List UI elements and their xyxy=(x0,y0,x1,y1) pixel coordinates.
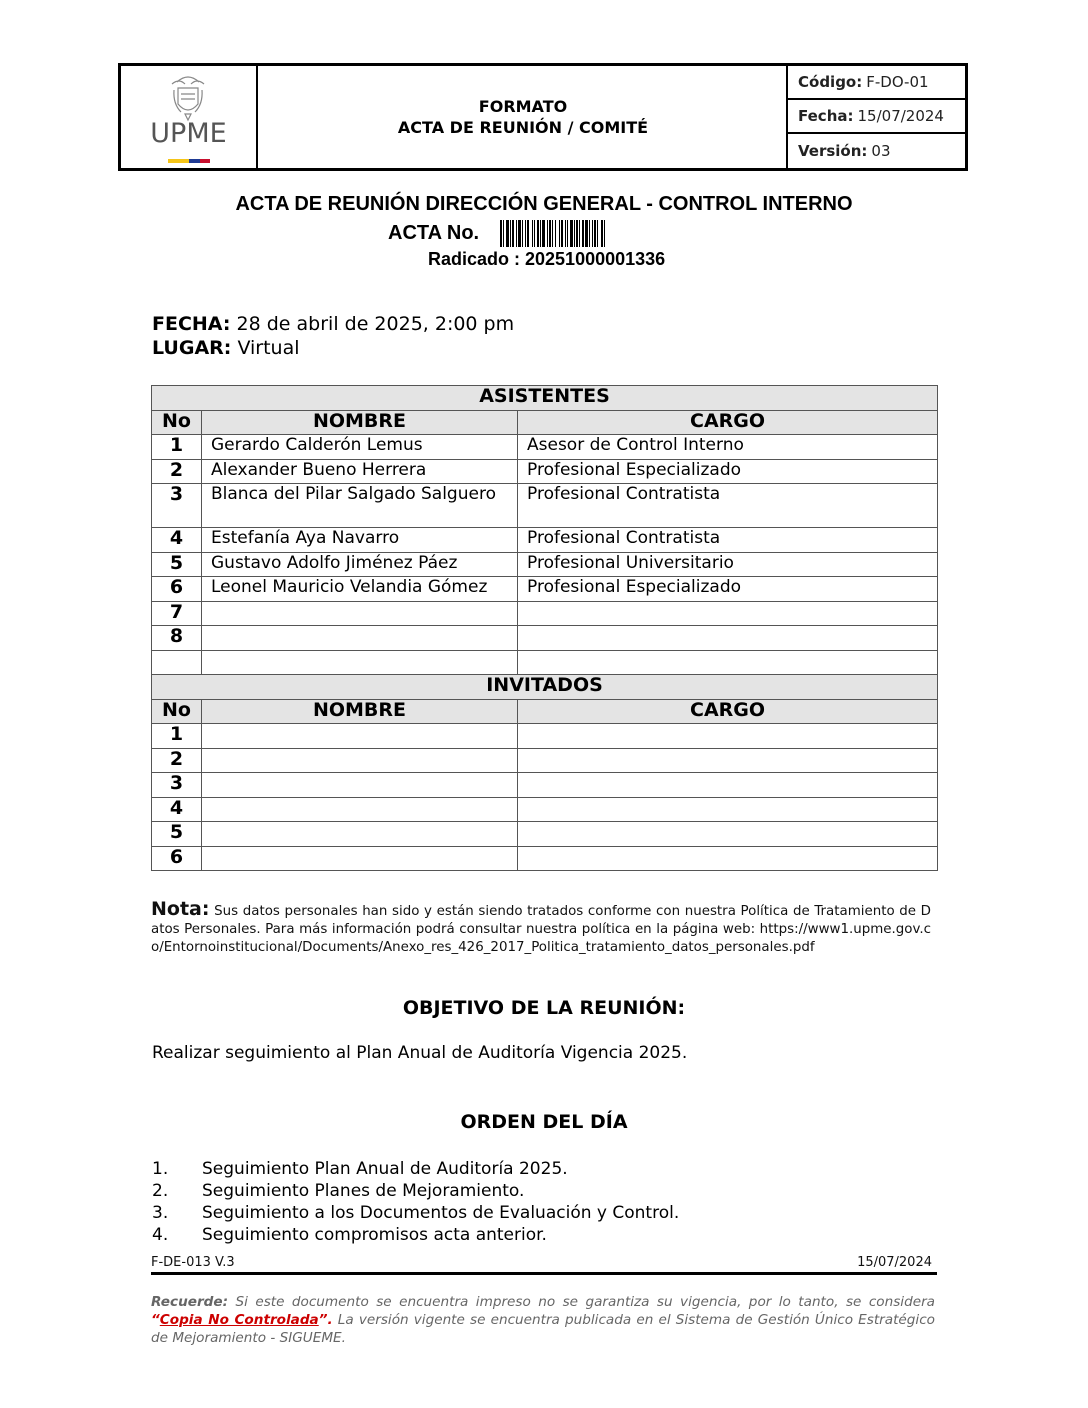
asistentes-nombre-cell xyxy=(202,626,518,651)
asistentes-cargo-cell xyxy=(518,650,938,675)
asistentes-row: 3Blanca del Pilar Salgado SalgueroProfes… xyxy=(152,484,938,528)
invitados-row: 4 xyxy=(152,797,938,822)
agenda-list: 1.Seguimiento Plan Anual de Auditoría 20… xyxy=(152,1158,679,1246)
acta-no-label: ACTA No. xyxy=(388,222,479,245)
col-nombre: NOMBRE xyxy=(202,410,518,435)
asistentes-cargo-cell: Profesional Contratista xyxy=(518,484,938,528)
flag-red xyxy=(200,159,210,163)
asistentes-nombre-cell: Blanca del Pilar Salgado Salguero xyxy=(202,484,518,528)
document-header: UPME FORMATO ACTA DE REUNIÓN / COMITÉ Có… xyxy=(118,63,968,171)
asistentes-nombre-cell: Leonel Mauricio Velandia Gómez xyxy=(202,577,518,602)
invitados-no-cell: 4 xyxy=(152,797,202,822)
asistentes-nombre-cell xyxy=(202,650,518,675)
codigo-value: F-DO-01 xyxy=(866,73,928,91)
col-nombre: NOMBRE xyxy=(202,699,518,724)
invitados-nombre-cell xyxy=(202,773,518,798)
invitados-nombre-cell xyxy=(202,797,518,822)
colombia-flag-icon xyxy=(168,159,210,163)
orden-heading: ORDEN DEL DÍA xyxy=(0,1111,1088,1133)
objetivo-heading: OBJETIVO DE LA REUNIÓN: xyxy=(0,997,1088,1019)
invitados-nombre-cell xyxy=(202,822,518,847)
asistentes-no-cell: 1 xyxy=(152,435,202,460)
asistentes-cargo-cell: Profesional Contratista xyxy=(518,528,938,553)
asistentes-cargo-cell: Profesional Especializado xyxy=(518,459,938,484)
lugar-line-value: Virtual xyxy=(237,337,299,359)
logo-text: UPME xyxy=(121,118,256,149)
asistentes-no-cell: 5 xyxy=(152,552,202,577)
lugar-line-label: LUGAR: xyxy=(152,337,231,359)
invitados-no-cell: 5 xyxy=(152,822,202,847)
radicado-number: Radicado : 20251000001336 xyxy=(428,249,665,270)
attendees-table: ASISTENTES No NOMBRE CARGO 1Gerardo Cald… xyxy=(151,385,938,871)
asistentes-row: 8 xyxy=(152,626,938,651)
asistentes-row: 6Leonel Mauricio Velandia GómezProfesion… xyxy=(152,577,938,602)
agenda-item-number: 2. xyxy=(152,1180,202,1202)
invitados-heading: INVITADOS xyxy=(152,675,938,700)
asistentes-cargo-cell: Asesor de Control Interno xyxy=(518,435,938,460)
invitados-row: 3 xyxy=(152,773,938,798)
nota-text: Sus datos personales han sido y están si… xyxy=(151,904,931,955)
agenda-item-text: Seguimiento Planes de Mejoramiento. xyxy=(202,1180,524,1202)
document-meta: Código: F-DO-01 Fecha: 15/07/2024 Versió… xyxy=(786,66,967,168)
codigo-row: Código: F-DO-01 xyxy=(788,66,967,100)
lugar-line: LUGAR: Virtual xyxy=(152,337,300,359)
copia-no-controlada-label: Copia No Controlada xyxy=(160,1312,319,1328)
asistentes-nombre-cell: Gustavo Adolfo Jiménez Páez xyxy=(202,552,518,577)
footer-date: 15/07/2024 xyxy=(857,1255,932,1270)
nota-label: Nota: xyxy=(151,898,209,920)
asistentes-no-cell xyxy=(152,650,202,675)
agenda-item-number: 3. xyxy=(152,1202,202,1224)
asistentes-nombre-cell: Estefanía Aya Navarro xyxy=(202,528,518,553)
asistentes-row xyxy=(152,650,938,675)
logo-cell: UPME xyxy=(121,66,258,168)
asistentes-cargo-cell xyxy=(518,626,938,651)
flag-blue xyxy=(189,159,200,163)
agenda-item-number: 1. xyxy=(152,1158,202,1180)
agenda-item-text: Seguimiento a los Documentos de Evaluaci… xyxy=(202,1202,679,1224)
col-no: No xyxy=(152,699,202,724)
col-cargo: CARGO xyxy=(518,699,938,724)
agenda-item-number: 4. xyxy=(152,1224,202,1246)
asistentes-no-cell: 6 xyxy=(152,577,202,602)
asistentes-no-cell: 7 xyxy=(152,601,202,626)
col-cargo: CARGO xyxy=(518,410,938,435)
invitados-cargo-cell xyxy=(518,846,938,871)
asistentes-cargo-cell: Profesional Especializado xyxy=(518,577,938,602)
recuerde-text-1: Si este documento se encuentra impreso n… xyxy=(236,1294,936,1310)
asistentes-nombre-cell: Gerardo Calderón Lemus xyxy=(202,435,518,460)
agenda-item-text: Seguimiento compromisos acta anterior. xyxy=(202,1224,547,1246)
asistentes-row: 1Gerardo Calderón LemusAsesor de Control… xyxy=(152,435,938,460)
fecha-label: Fecha: xyxy=(798,107,854,125)
asistentes-row: 2Alexander Bueno HerreraProfesional Espe… xyxy=(152,459,938,484)
version-label: Versión: xyxy=(798,142,867,160)
footer-divider xyxy=(151,1272,937,1275)
asistentes-nombre-cell xyxy=(202,601,518,626)
document-title: ACTA DE REUNIÓN DIRECCIÓN GENERAL - CONT… xyxy=(0,193,1088,216)
invitados-row: 1 xyxy=(152,724,938,749)
asistentes-nombre-cell: Alexander Bueno Herrera xyxy=(202,459,518,484)
fecha-row: Fecha: 15/07/2024 xyxy=(788,100,967,134)
asistentes-row: 5Gustavo Adolfo Jiménez PáezProfesional … xyxy=(152,552,938,577)
footer-disclaimer: Recuerde: Si este documento se encuentra… xyxy=(151,1293,935,1347)
version-row: Versión: 03 xyxy=(788,134,967,168)
invitados-nombre-cell xyxy=(202,748,518,773)
asistentes-column-headers: No NOMBRE CARGO xyxy=(152,410,938,435)
footer-code: F-DE-013 V.3 xyxy=(151,1255,235,1270)
format-label: FORMATO xyxy=(479,96,567,117)
asistentes-cargo-cell xyxy=(518,601,938,626)
fecha-line-label: FECHA: xyxy=(152,313,230,335)
asistentes-no-cell: 2 xyxy=(152,459,202,484)
format-title-cell: FORMATO ACTA DE REUNIÓN / COMITÉ xyxy=(258,66,788,168)
asistentes-row: 7 xyxy=(152,601,938,626)
invitados-no-cell: 6 xyxy=(152,846,202,871)
col-no: No xyxy=(152,410,202,435)
asistentes-cargo-cell: Profesional Universitario xyxy=(518,552,938,577)
colombia-coat-of-arms-icon xyxy=(169,72,207,122)
invitados-cargo-cell xyxy=(518,773,938,798)
invitados-column-headers: No NOMBRE CARGO xyxy=(152,699,938,724)
agenda-item: 2.Seguimiento Planes de Mejoramiento. xyxy=(152,1180,679,1202)
fecha-line-value: 28 de abril de 2025, 2:00 pm xyxy=(237,313,515,335)
invitados-row: 2 xyxy=(152,748,938,773)
invitados-cargo-cell xyxy=(518,724,938,749)
invitados-row: 6 xyxy=(152,846,938,871)
invitados-no-cell: 2 xyxy=(152,748,202,773)
version-value: 03 xyxy=(871,142,890,160)
asistentes-no-cell: 4 xyxy=(152,528,202,553)
asistentes-no-cell: 8 xyxy=(152,626,202,651)
invitados-nombre-cell xyxy=(202,724,518,749)
agenda-item: 4.Seguimiento compromisos acta anterior. xyxy=(152,1224,679,1246)
privacy-note: Nota: Sus datos personales han sido y es… xyxy=(151,900,931,957)
invitados-cargo-cell xyxy=(518,822,938,847)
agenda-item: 3.Seguimiento a los Documentos de Evalua… xyxy=(152,1202,679,1224)
invitados-nombre-cell xyxy=(202,846,518,871)
format-title: ACTA DE REUNIÓN / COMITÉ xyxy=(398,117,648,138)
agenda-item: 1.Seguimiento Plan Anual de Auditoría 20… xyxy=(152,1158,679,1180)
objetivo-text: Realizar seguimiento al Plan Anual de Au… xyxy=(152,1043,687,1063)
asistentes-heading: ASISTENTES xyxy=(152,386,938,411)
invitados-no-cell: 1 xyxy=(152,724,202,749)
invitados-cargo-cell xyxy=(518,748,938,773)
flag-yellow xyxy=(168,159,189,163)
recuerde-label: Recuerde: xyxy=(151,1294,228,1310)
invitados-row: 5 xyxy=(152,822,938,847)
agenda-item-text: Seguimiento Plan Anual de Auditoría 2025… xyxy=(202,1158,568,1180)
invitados-no-cell: 3 xyxy=(152,773,202,798)
barcode-icon xyxy=(500,220,691,247)
asistentes-no-cell: 3 xyxy=(152,484,202,528)
invitados-cargo-cell xyxy=(518,797,938,822)
asistentes-row: 4Estefanía Aya NavarroProfesional Contra… xyxy=(152,528,938,553)
barcode-bar xyxy=(605,220,607,247)
codigo-label: Código: xyxy=(798,73,862,91)
fecha-value: 15/07/2024 xyxy=(858,107,944,125)
fecha-line: FECHA: 28 de abril de 2025, 2:00 pm xyxy=(152,313,514,335)
copia-no-controlada: “Copia No Controlada”. xyxy=(151,1312,333,1328)
